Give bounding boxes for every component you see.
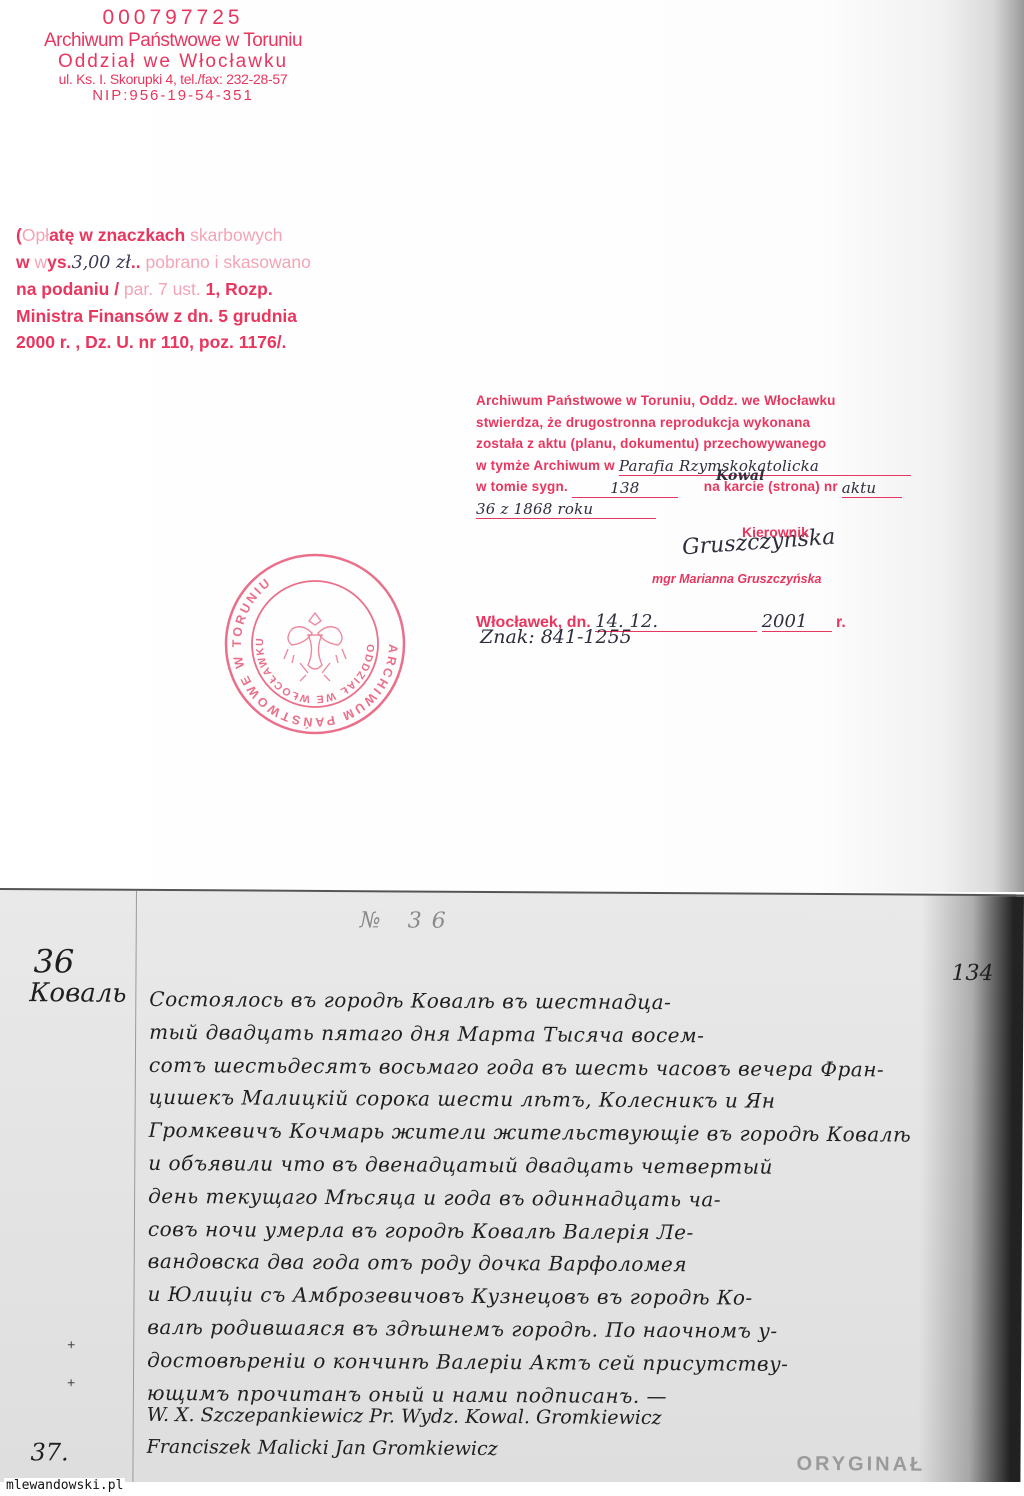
margin-mark: + <box>67 1336 75 1352</box>
director-name: mgr Marianna Gruszczyńska <box>652 572 822 586</box>
eagle-emblem-icon <box>284 613 346 681</box>
archive-seal: ARCHIWUM PAŃSTWOWE W TORUNIU ODDZIAŁ WE … <box>222 551 408 737</box>
svg-text:ODDZIAŁ WE WŁOCŁAWKU: ODDZIAŁ WE WŁOCŁAWKU <box>254 637 376 706</box>
parish-margin-label: Коваль <box>29 978 126 1009</box>
seal-graphic: ARCHIWUM PAŃSTWOWE W TORUNIU ODDZIAŁ WE … <box>222 551 408 737</box>
fee-amount: 3,00 zł <box>71 253 130 273</box>
record-line: день текущаго Мѣсяца и года въ одиннадца… <box>148 1180 998 1218</box>
record-line: валѣ родившаяся въ здѣшнемъ городѣ. По н… <box>147 1311 997 1349</box>
faint-header: № 36 <box>360 908 456 934</box>
page-field: aktu <box>842 479 902 498</box>
original-stamp: ORYGINAŁ <box>796 1453 925 1477</box>
record-line: цишекъ Малицкій сорока шести лѣтъ, Колес… <box>149 1081 999 1119</box>
act-field: 36 z 1868 roku <box>476 500 656 519</box>
record-line: и Юлиціи съ Амброзевичовъ Кузнецовъ въ г… <box>147 1278 997 1316</box>
cert-line-1: Archiwum Państwowe w Toruniu, Oddz. we W… <box>476 390 946 412</box>
record-line: и объявили что въ двенадцатый двадцать ч… <box>148 1147 998 1185</box>
archive-nip: NIP:956-19-54-351 <box>28 88 318 105</box>
fee-line-3: na podaniu / par. 7 ust. 1, Rozp. <box>16 276 356 303</box>
cert-line-5: Kowal w tomie sygn. 138 na karcie (stron… <box>476 476 946 498</box>
certification-stamp: Archiwum Państwowe w Toruniu, Oddz. we W… <box>476 390 946 519</box>
record-line: Громкевичъ Кочмарь жители жительствующіе… <box>148 1114 998 1152</box>
fee-line-4: Ministra Finansów z dn. 5 grudnia <box>16 303 356 330</box>
record-line: тый двадцать пятаго дня Марта Тысяча вос… <box>149 1016 999 1054</box>
record-line: Состоялось въ городѣ Ковалѣ въ шестнадца… <box>149 983 999 1021</box>
document-number: 000797725 <box>28 6 318 30</box>
record-line: вандовска два года отъ роду дочка Варфол… <box>148 1245 998 1283</box>
year-field: 2001 <box>762 613 832 632</box>
archive-address: ul. Ks. I. Skorupki 4, tel./fax: 232-28-… <box>28 72 318 88</box>
fee-line-2: w wys.3,00 zł.. pobrano i skasowano <box>16 249 356 277</box>
cert-line-2: stwierdza, że drugostronna reprodukcja w… <box>476 412 946 434</box>
margin-mark: + <box>67 1374 75 1390</box>
reference-number: Znak: 841-1255 <box>480 626 632 648</box>
cert-line-3: została z aktu (planu, dokumentu) przech… <box>476 433 946 455</box>
fee-line-1: (Opłatę w znaczkach skarbowych <box>16 222 356 249</box>
fee-stamp: (Opłatę w znaczkach skarbowych w wys.3,0… <box>16 222 356 356</box>
director-title: Kierownik <box>742 524 809 540</box>
signature-line: W. X. Szczepankiewicz Pr. Wydz. Kowal. G… <box>147 1399 997 1436</box>
margin-rule <box>132 891 137 1485</box>
volume-field: 138 <box>572 479 678 498</box>
entry-number: 36 <box>33 942 74 980</box>
page-number: 134 <box>951 961 993 986</box>
locality-note: Kowal <box>716 466 765 488</box>
seal-inner-text: ODDZIAŁ WE WŁOCŁAWKU <box>254 637 376 706</box>
record-line: совъ ночи умерла въ городѣ Ковалѣ Валері… <box>148 1212 998 1250</box>
cert-line-6: 36 z 1868 roku <box>476 498 946 520</box>
archive-id-stamp: 000797725 Archiwum Państwowe w Toruniu O… <box>28 6 318 105</box>
archive-branch: Oddział we Włocławku <box>28 51 318 72</box>
site-watermark: mlewandowski.pl <box>4 1478 125 1493</box>
page-bottom-margin <box>0 1482 1024 1496</box>
archive-name: Archiwum Państwowe w Toruniu <box>28 30 318 51</box>
cert-line-4: w tymże Archiwum w Parafia Rzymskokatoli… <box>476 455 946 477</box>
record-line: сотъ шестьдесятъ восьмаго года въ шесть … <box>149 1049 999 1087</box>
fee-line-5: 2000 r. , Dz. U. nr 110, poz. 1176/. <box>16 329 356 356</box>
record-line: достовѣреніи о кончинѣ Валеріи Актъ сей … <box>147 1344 997 1382</box>
next-entry-number: 37. <box>30 1438 68 1466</box>
record-body: Состоялось въ городѣ Ковалѣ въ шестнадца… <box>147 983 1000 1415</box>
handwritten-record-scan: № 36 36 Коваль 134 Состоялось въ городѣ … <box>0 888 1024 1490</box>
